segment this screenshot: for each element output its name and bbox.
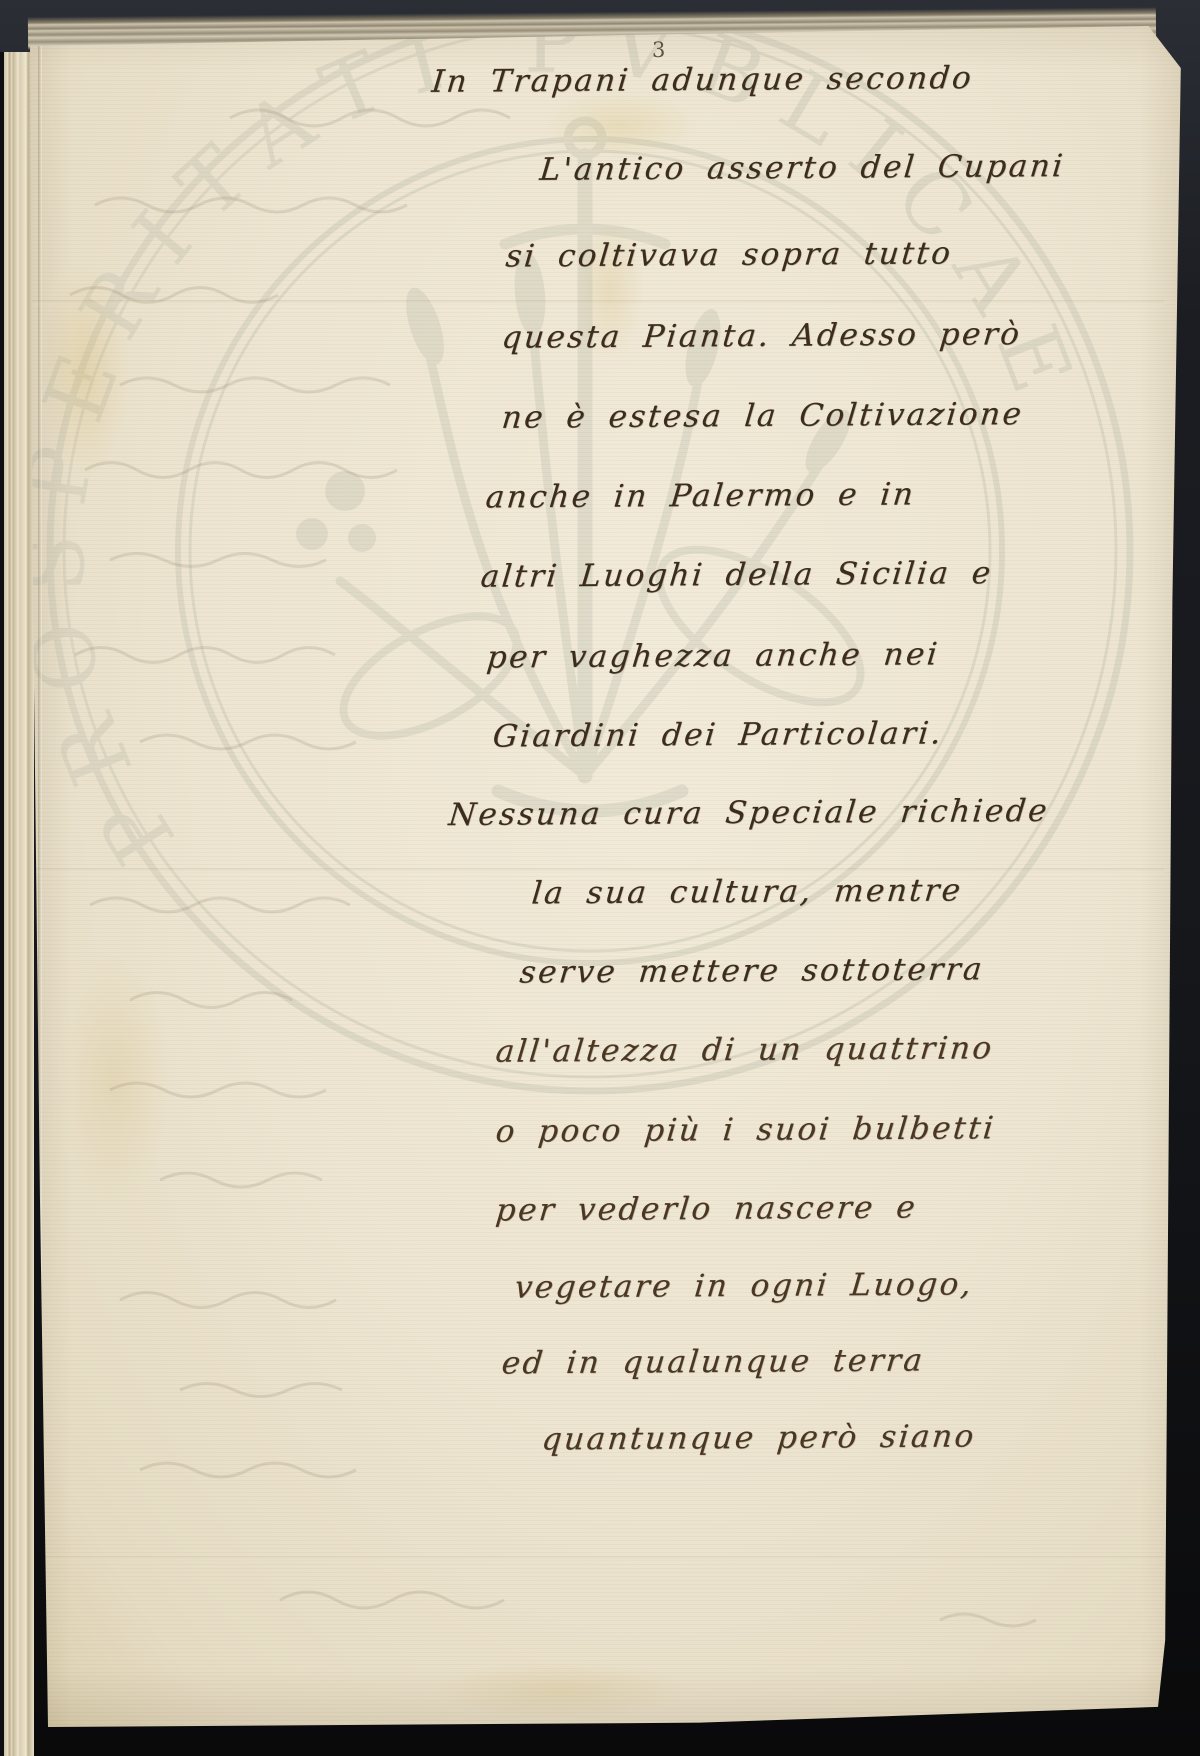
manuscript-line-10: Nessuna cura Speciale richiede <box>447 793 1051 833</box>
manuscript-line-13: all'altezza di un quattrino <box>494 1030 995 1069</box>
manuscript-line-15: per vederlo nascere e <box>494 1190 919 1229</box>
manuscript-text-block: In Trapani adunque secondoL'antico asser… <box>0 0 1200 1756</box>
manuscript-page: PROSPERITATI PVBLICAE <box>0 0 1200 1756</box>
manuscript-line-2: L'antico asserto del Cupani <box>538 148 1067 188</box>
book-page-edges-left <box>0 52 34 1756</box>
manuscript-line-14: o poco più i suoi bulbetti <box>494 1110 997 1149</box>
manuscript-line-9: Giardini dei Particolari. <box>491 715 945 754</box>
manuscript-line-7: altri Luoghi della Sicilia e <box>479 555 994 595</box>
manuscript-line-12: serve mettere sottoterra <box>518 951 986 990</box>
manuscript-line-5: ne è estesa la Coltivazione <box>500 396 1025 436</box>
manuscript-line-3: si coltivava sopra tutto <box>504 235 954 274</box>
manuscript-line-6: anche in Palermo e in <box>484 477 917 516</box>
manuscript-line-4: questa Pianta. Adesso però <box>500 316 1023 356</box>
manuscript-line-11: la sua cultura, mentre <box>530 872 964 911</box>
manuscript-line-8: per vaghezza anche nei <box>485 636 941 675</box>
manuscript-line-1: In Trapani adunque secondo <box>430 60 975 100</box>
manuscript-line-18: quantunque però siano <box>540 1418 977 1457</box>
manuscript-line-17: ed in qualunque terra <box>500 1343 926 1382</box>
manuscript-line-16: vegetare in ogni Luogo, <box>513 1266 975 1305</box>
photo-backdrop: PROSPERITATI PVBLICAE <box>0 0 1200 1756</box>
